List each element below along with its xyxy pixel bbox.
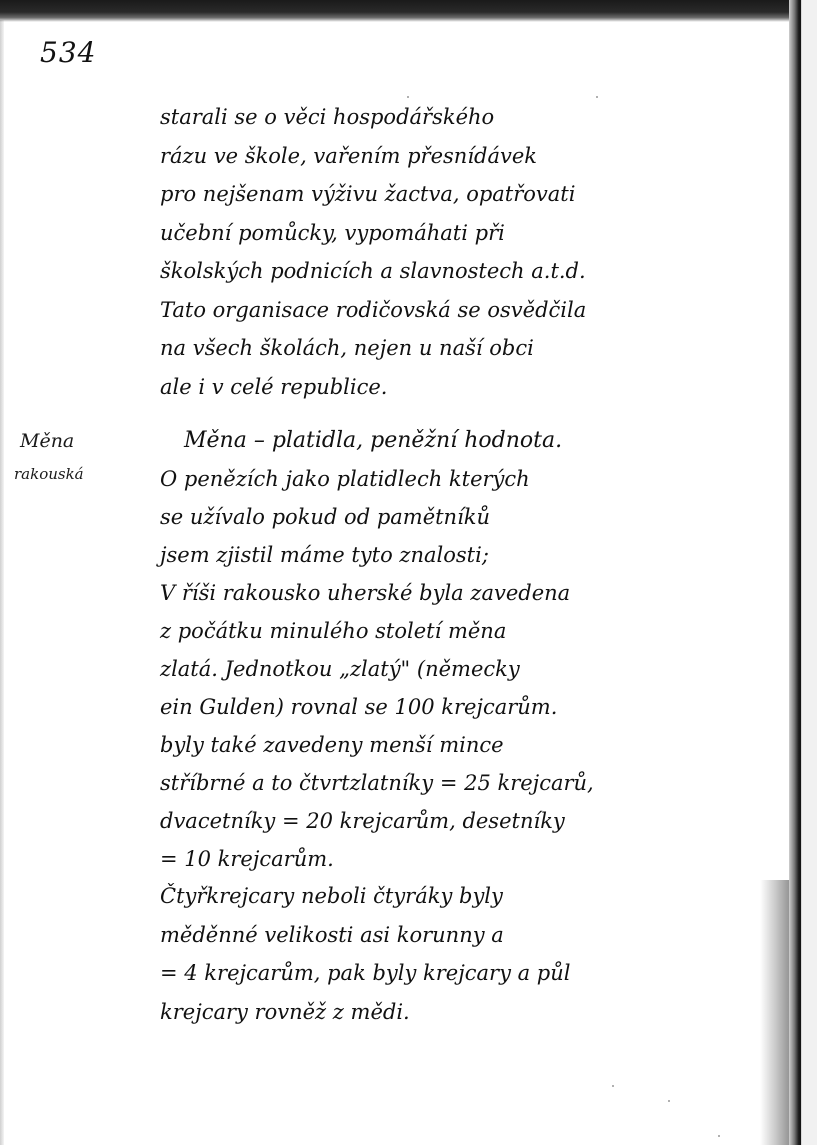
text-line: ale i v celé republice. bbox=[160, 368, 780, 407]
text-line: dvacetníky = 20 krejcarům, desetníky bbox=[160, 802, 780, 840]
text-line: ein Gulden) rovnal se 100 krejcarům. bbox=[160, 688, 780, 726]
book-binding-edge bbox=[789, 0, 801, 1145]
page-number: 534 bbox=[40, 36, 96, 69]
text-line: měděnné velikosti asi korunny a bbox=[160, 916, 780, 955]
text-line: = 10 krejcarům. bbox=[160, 840, 780, 878]
paragraph-copper-coins: Čtyřkrejcary neboli čtyráky byly měděnné… bbox=[160, 877, 780, 1031]
scan-speck bbox=[407, 96, 409, 98]
text-line: učební pomůcky, vypomáhati při bbox=[160, 214, 780, 253]
paragraph-currency: Měna – platidla, peněžní hodnota. O peně… bbox=[160, 422, 780, 878]
text-line: krejcary rovněž z mědi. bbox=[160, 993, 780, 1032]
text-line: starali se o věci hospodářského bbox=[160, 98, 780, 137]
text-line: O penězích jako platidlech kterých bbox=[160, 460, 780, 498]
text-line: školských podnicích a slavnostech a.t.d. bbox=[160, 252, 780, 291]
text-line: zlatá. Jednotkou „zlatý" (německy bbox=[160, 650, 780, 688]
text-line: z počátku minulého století měna bbox=[160, 612, 780, 650]
text-line: V říši rakousko uherské byla zavedena bbox=[160, 574, 780, 612]
scan-speck bbox=[718, 1135, 720, 1137]
text-line: na všech školách, nejen u naší obci bbox=[160, 329, 780, 368]
scan-speck bbox=[596, 96, 598, 98]
margin-note-line: rakouská bbox=[14, 460, 154, 488]
text-line: Tato organisace rodičovská se osvědčila bbox=[160, 291, 780, 330]
text-line: pro nejšenam výživu žactva, opatřovati bbox=[160, 175, 780, 214]
paragraph-parent-organisation: starali se o věci hospodářského rázu ve … bbox=[160, 98, 780, 406]
text-line: jsem zjistil máme tyto znalosti; bbox=[160, 536, 780, 574]
scan-speck bbox=[668, 1100, 670, 1102]
scan-speck bbox=[612, 1085, 614, 1087]
scan-top-shadow bbox=[0, 0, 800, 22]
page-left-edge bbox=[0, 20, 4, 1145]
section-heading-line: Měna – platidla, peněžní hodnota. bbox=[160, 422, 780, 460]
text-line: se užívalo pokud od pamětníků bbox=[160, 498, 780, 536]
text-line: byly také zavedeny menší mince bbox=[160, 726, 780, 764]
text-line: = 4 krejcarům, pak byly krejcary a půl bbox=[160, 954, 780, 993]
text-line: stříbrné a to čtvrtzlatníky = 25 krejcar… bbox=[160, 764, 780, 802]
margin-heading-currency: Měna rakouská bbox=[14, 428, 154, 488]
scan-outer-margin bbox=[801, 0, 817, 1145]
text-line: rázu ve škole, vařením přesnídávek bbox=[160, 137, 780, 176]
text-line: Čtyřkrejcary neboli čtyráky byly bbox=[160, 877, 780, 916]
margin-note-line: Měna bbox=[20, 428, 154, 454]
